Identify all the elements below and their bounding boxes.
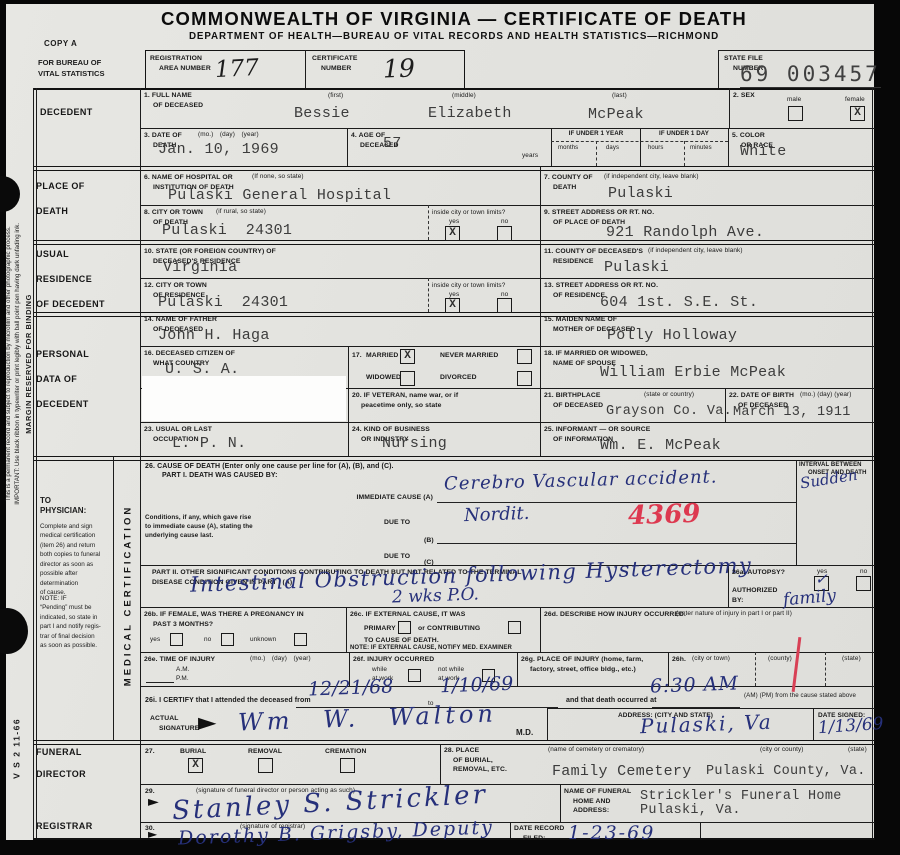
married-checkbox: X — [400, 349, 415, 364]
grid-line — [440, 744, 441, 784]
form-code: V S 2 11-66 — [11, 693, 24, 803]
residence-state-value: Virginia — [163, 259, 237, 276]
time-injury-label: 26e. TIME OF INJURY — [144, 655, 215, 665]
informant-value: Wm. E. McPeak — [600, 437, 721, 454]
grid-line — [33, 166, 875, 171]
grid-line — [517, 652, 518, 686]
last-name-value: McPeak — [588, 106, 644, 123]
grid-line — [547, 708, 548, 740]
birth-date-value: March 13, 1911 — [733, 405, 851, 421]
registration-area-label: REGISTRATION AREA NUMBER — [150, 54, 211, 73]
middle-name-value: Elizabeth — [428, 105, 512, 122]
marital-number: 17. — [352, 351, 362, 361]
grid-line — [551, 141, 728, 142]
residence-county-hint: (if independent city, leave blank) — [648, 247, 743, 256]
pregnancy-label: 26b. IF FEMALE, WAS THERE A PREGNANCY IN… — [144, 610, 304, 629]
occupation-value: L. P. N. — [172, 435, 246, 452]
certificate-title: COMMONWEALTH OF VIRGINIA — CERTIFICATE O… — [33, 8, 875, 30]
birthplace-label: 21. BIRTHPLACE OF DECEASED — [544, 391, 603, 410]
pm-label: P.M. — [176, 675, 189, 684]
residence-street-value: 604 1st. S.E. St. — [600, 294, 758, 311]
burial-city-hint: (city or county) — [760, 746, 804, 755]
residence-city-value: Pulaski 24301 — [158, 294, 288, 311]
limits-label: inside city or town limits? — [432, 209, 532, 218]
limits-no-checkbox — [497, 226, 512, 241]
date-of-death-value: Jan. 10, 1969 — [158, 141, 279, 158]
grid-line — [428, 278, 429, 312]
street-death-value: 921 Randolph Ave. — [606, 224, 764, 241]
years-label: years — [522, 152, 538, 161]
sex-label: 2. SEX — [733, 91, 756, 101]
certify-pre: 26i. I CERTIFY that I attended the decea… — [145, 696, 311, 706]
female-label: female — [845, 96, 865, 105]
grid-line — [33, 88, 875, 90]
date-filed-handwriting: 1-23-69 — [568, 824, 655, 843]
grid-line — [729, 88, 730, 128]
death-certificate-scan: This is a permanent record and subject t… — [0, 0, 900, 855]
never-married-checkbox — [517, 349, 532, 364]
grid-line — [140, 784, 875, 785]
describe-injury-label: 26d. DESCRIBE HOW INJURY OCCURRED. — [544, 610, 686, 620]
grid-line — [36, 88, 37, 838]
autopsy-check-handwriting: ✓ — [815, 572, 828, 587]
pregnancy-unknown-checkbox — [294, 633, 307, 646]
grid-line — [796, 460, 797, 565]
grid-line — [551, 128, 552, 166]
state-file-value: 69 003457 — [740, 62, 881, 88]
burial-place-label: 28. PLACE OF BURIAL, REMOVAL, ETC. — [444, 746, 507, 775]
section-place-of-death: PLACE OF DEATH — [36, 174, 85, 224]
hospital-hint: (If none, so state) — [252, 173, 304, 182]
attended-to-handwriting: 1/10/69 — [440, 675, 514, 697]
external-cause-label: 26c. IF EXTERNAL CAUSE, IT WAS — [350, 610, 465, 620]
redacted-area — [142, 376, 346, 421]
grid-line — [540, 607, 541, 652]
date-filed-label: DATE RECORD FILED: — [514, 824, 564, 843]
fill-line — [652, 707, 740, 708]
date-signed-handwriting: 1/13/69 — [817, 716, 884, 738]
to-physician-body: Complete and sign medical certification … — [40, 522, 100, 598]
full-name-label: 1. FULL NAME OF DECEASED — [144, 91, 203, 110]
divorced-label: DIVORCED — [440, 373, 477, 383]
age-value: 57 — [383, 135, 402, 152]
fill-line — [437, 502, 796, 503]
grid-line — [560, 784, 561, 822]
injury-location-number: 26h. — [672, 655, 686, 665]
spouse-value: William Erbie McPeak — [600, 364, 786, 381]
grid-line — [728, 128, 729, 166]
cemetery-hint: (name of cemetery or crematory) — [548, 746, 644, 755]
grid-line — [540, 312, 541, 456]
address-handwriting: Pulaski, Va — [640, 712, 773, 737]
first-hint: (first) — [328, 92, 343, 101]
residence-yes-checkbox: X — [445, 298, 460, 313]
certificate-number-value: 19 — [383, 55, 416, 81]
birthplace-hint: (state or country) — [644, 391, 694, 400]
bureau-label: FOR BUREAU OF VITAL STATISTICS — [38, 57, 105, 80]
birthplace-value: Grayson Co. Va. — [606, 404, 732, 420]
due-to-c-label: DUE TO — [384, 552, 410, 562]
grid-line — [700, 822, 701, 838]
grid-line — [347, 128, 348, 166]
section-usual-residence: USUAL RESIDENCE OF DECEDENT — [36, 242, 105, 318]
grid-line — [140, 278, 875, 279]
section-decedent: DECEDENT — [40, 100, 93, 125]
describe-injury-hint: (enter nature of injury in part I or par… — [676, 610, 792, 619]
due-to-b-label: DUE TO — [384, 518, 410, 528]
grid-line — [140, 422, 875, 423]
first-name-value: Bessie — [294, 105, 350, 122]
disposition-number: 27. — [145, 747, 155, 757]
grid-line — [140, 607, 875, 608]
date-of-death-hint: (mo.) (day) (year) — [198, 131, 259, 140]
grid-line — [640, 128, 641, 166]
minutes-label: minutes — [690, 144, 712, 152]
certificate-number-label: CERTIFICATE NUMBER — [312, 54, 358, 73]
grid-line — [540, 166, 541, 312]
injury-county-hint: (county) — [768, 655, 792, 664]
removal-label: REMOVAL — [248, 747, 282, 757]
injury-city-hint: (city or town) — [692, 655, 730, 664]
divorced-checkbox — [517, 371, 532, 386]
city-death-value: Pulaski 24301 — [162, 222, 292, 239]
autopsy-label: 26a. AUTOPSY? — [732, 568, 785, 578]
county-death-label: 7. COUNTY OF DEATH — [544, 173, 593, 192]
days-label: days — [606, 144, 619, 152]
grid-line — [428, 205, 429, 240]
fill-line — [146, 682, 174, 683]
time-injury-hint: (mo.) (day) (year) — [250, 655, 311, 664]
removal-checkbox — [258, 758, 273, 773]
burial-city-value: Pulaski County, Va. — [706, 764, 866, 780]
death-time-handwriting: 6:30 AM — [650, 674, 739, 696]
grid-line — [718, 50, 875, 51]
hospital-value: Pulaski General Hospital — [168, 187, 391, 204]
grid-line — [825, 652, 826, 686]
director-arrow-icon: ► — [148, 794, 159, 810]
attended-from-handwriting: 12/21/68 — [308, 678, 394, 700]
registrar-arrow-icon: ► — [148, 827, 157, 841]
limits-yes-checkbox: X — [445, 226, 460, 241]
race-value: White — [740, 143, 787, 160]
cause-b-handwriting: Nordit. — [464, 505, 530, 525]
margin-line1: IMPORTANT: Use black ribbon in typewrite… — [13, 94, 22, 634]
examiner-note: NOTE: IF EXTERNAL CAUSE, NOTIFY MED. EXA… — [350, 644, 512, 652]
grid-line — [113, 456, 114, 740]
cremation-label: CREMATION — [325, 747, 367, 757]
part2-handwriting-2: 2 wks P.O. — [392, 586, 479, 606]
female-checkbox: X — [850, 106, 865, 121]
under-day-label: IF UNDER 1 DAY — [642, 130, 726, 139]
grid-line — [348, 346, 349, 456]
registration-area-value: 177 — [214, 57, 259, 82]
grid-line — [305, 50, 306, 88]
male-label: male — [787, 96, 801, 105]
fill-line — [437, 543, 796, 544]
pending-note: NOTE: IF “Pending” must be indicated, so… — [40, 594, 101, 651]
certify-mid: and that death occurred at — [566, 696, 657, 706]
binding-margin-text: This is a permanent record and subject t… — [4, 94, 34, 634]
burial-state-hint: (state) — [848, 746, 867, 755]
autopsy-no-checkbox — [856, 576, 871, 591]
grid-line — [140, 88, 141, 838]
funeral-home-city: Pulaski, Va. — [640, 803, 741, 819]
grid-line — [33, 456, 875, 461]
while-work-checkbox — [408, 669, 421, 682]
grid-line — [596, 141, 597, 166]
pregnancy-yes-label: yes — [150, 636, 160, 645]
widowed-label: WIDOWED — [366, 373, 401, 383]
md-label: M.D. — [516, 727, 533, 738]
male-checkbox — [788, 106, 803, 121]
certify-post: (AM) (PM) from the cause stated above — [744, 692, 874, 701]
place-injury-label: 26g. PLACE OF INJURY (home, farm, factor… — [521, 655, 643, 674]
pregnancy-yes-checkbox — [170, 633, 183, 646]
grid-line — [718, 50, 719, 88]
under-year-label: IF UNDER 1 YEAR — [553, 130, 639, 139]
months-label: months — [558, 144, 578, 152]
grid-line — [547, 708, 875, 709]
immediate-cause-label: IMMEDIATE CAUSE (A) — [300, 493, 433, 503]
am-label: A.M. — [176, 666, 190, 675]
residence-county-value: Pulaski — [604, 259, 669, 276]
contributing-checkbox — [508, 621, 521, 634]
cemetery-value: Family Cemetery — [552, 763, 692, 780]
certificate-subtitle: DEPARTMENT OF HEALTH—BUREAU OF VITAL REC… — [33, 31, 875, 42]
to-physician-label: TO PHYSICIAN: — [40, 496, 86, 517]
pregnancy-no-checkbox — [221, 633, 234, 646]
veteran-label: 20. IF VETERAN, name war, or if peacetim… — [352, 391, 458, 410]
residence-no-checkbox — [497, 298, 512, 313]
widowed-checkbox — [400, 371, 415, 386]
section-funeral-director: FUNERAL DIRECTOR — [36, 742, 86, 785]
actual-signature-label: ACTUAL SIGNATURE — [150, 714, 199, 733]
grid-line — [684, 141, 685, 166]
last-hint: (last) — [612, 92, 627, 101]
grid-line — [140, 346, 875, 347]
authorized-label: AUTHORIZED BY: — [732, 586, 778, 605]
injury-occurred-label: 26f. INJURY OCCURRED — [353, 655, 434, 665]
birth-date-hint: (mo.) (day) (year) — [800, 391, 852, 400]
primary-label: PRIMARY — [364, 624, 396, 634]
county-death-value: Pulaski — [608, 185, 673, 202]
b-mark: (B) — [424, 536, 434, 546]
part1-label: PART I. DEATH WAS CAUSED BY: — [162, 471, 278, 481]
never-married-label: NEVER MARRIED — [440, 351, 498, 361]
medical-certification-vertical-label: MEDICAL CERTIFICATION — [123, 436, 134, 756]
city-death-hint: (if rural, so state) — [216, 208, 266, 217]
mother-value: Polly Holloway — [607, 327, 737, 344]
county-death-hint: (if independent city, leave blank) — [604, 173, 699, 182]
grid-line — [33, 740, 875, 745]
hours-label: hours — [648, 144, 664, 152]
grid-line — [140, 128, 875, 129]
conditions-note: Conditions, if any, which gave rise to i… — [145, 514, 253, 540]
cremation-checkbox — [340, 758, 355, 773]
grid-line — [140, 205, 875, 206]
grid-line — [510, 822, 511, 838]
contributing-label: or CONTRIBUTING — [418, 624, 480, 634]
grid-line — [33, 88, 34, 838]
married-label: MARRIED — [366, 351, 398, 361]
grid-line — [346, 607, 347, 652]
father-value: John H. Haga — [158, 327, 270, 344]
pregnancy-unknown-label: unknown — [250, 636, 276, 645]
section-registrar: REGISTRAR — [36, 814, 93, 839]
injury-state-hint: (state) — [842, 655, 861, 664]
grid-line — [755, 652, 756, 686]
pregnancy-no-label: no — [204, 636, 211, 645]
primary-checkbox — [398, 621, 411, 634]
section-personal-data: PERSONAL DATA OF DECEDENT — [36, 342, 89, 418]
burial-checkbox: X — [188, 758, 203, 773]
business-value: Nursing — [382, 435, 447, 452]
burial-label: BURIAL — [180, 747, 206, 757]
residence-limits-label: inside city or town limits? — [432, 282, 532, 291]
middle-hint: (middle) — [452, 92, 476, 101]
red-number-stamp: 4369 — [628, 501, 701, 530]
funeral-home-label: NAME OF FUNERAL HOME AND ADDRESS: — [564, 787, 631, 816]
authorized-by-handwriting: family — [782, 588, 836, 610]
margin-line2: This is a permanent record and subject t… — [4, 94, 13, 634]
signature-arrow-icon: ► — [198, 708, 216, 736]
grid-line — [813, 708, 814, 740]
